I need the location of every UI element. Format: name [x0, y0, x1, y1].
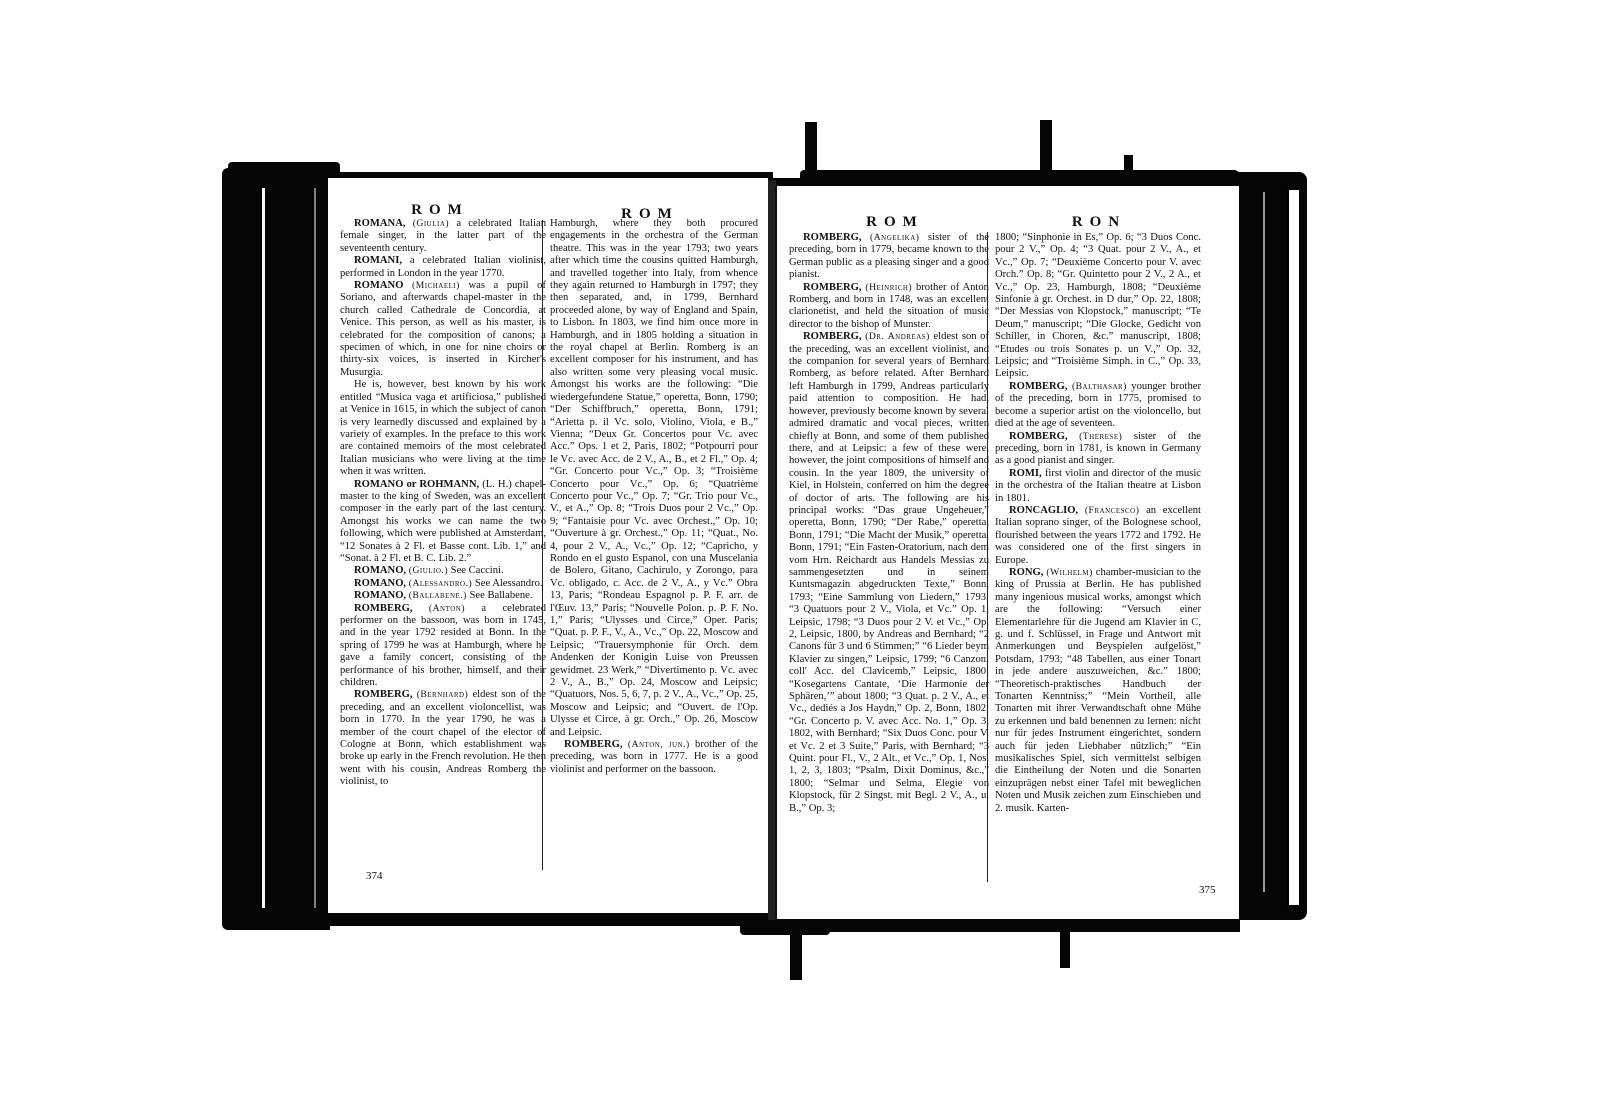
clip-mark [805, 122, 817, 182]
right-page: ROM RON ROMBERG, (Angelika) sister of th… [775, 186, 1239, 919]
entry-romberg-anton-jun: ROMBERG, (Anton, jun.) brother of the pr… [550, 739, 758, 776]
entry-romano-alessandro: ROMANO, (Alessandro.) See Alessandro. [340, 578, 546, 590]
entry-roncaglio: RONCAGLIO, (Francesco) an excellent Ital… [995, 505, 1201, 567]
entry-romano-ballabene: ROMANO, (Ballabene.) See Ballabene. [340, 590, 546, 602]
running-header: ROM [835, 214, 955, 231]
running-header: ROM [380, 202, 500, 219]
text-column-2: Hamburgh, where they both procured engag… [550, 218, 758, 776]
entry-romberg-anton: ROMBERG, (Anton) a celebrated performer … [340, 603, 546, 690]
page-number: 374 [366, 870, 383, 882]
page-edge-stripe [1263, 192, 1265, 892]
page-edge [1287, 190, 1299, 905]
column-divider [987, 232, 988, 882]
book-edge-bottom-right [800, 918, 1240, 932]
page-edge-stripe [314, 188, 316, 908]
entry-romberg-angelika: ROMBERG, (Angelika) sister of the preced… [789, 232, 989, 282]
clip-mark [790, 928, 802, 980]
entry-romberg-andreas: ROMBERG, (Dr. Andreas) eldest son of the… [789, 331, 989, 815]
clip-mark [1060, 928, 1070, 968]
left-page: ROM ROM ROMANA, (Giulia) a celebrated It… [328, 178, 768, 913]
text-column-1: ROMANA, (Giulia) a celebrated Italian fe… [340, 218, 546, 789]
entry-romberg-heinrich: ROMBERG, (Heinrich) brother of Anton Rom… [789, 282, 989, 332]
text-column-2: 1800; “Sinphonie in Es,” Op. 6; “3 Duos … [995, 232, 1201, 815]
entry-paragraph: He is, however, best known by his work e… [340, 379, 546, 478]
entry-rong: RONG, (Wilhelm) chamber-musician to the … [995, 567, 1201, 815]
entry-romberg-balthasar: ROMBERG, (Balthasar) younger brother of … [995, 381, 1201, 431]
entry-romano-giulio: ROMANO, (Giulio.) See Caccini. [340, 565, 546, 577]
entry-continuation: Hamburgh, where they both procured engag… [550, 218, 758, 739]
entry-romi: ROMI, first violin and director of the m… [995, 468, 1201, 505]
entry-romberg-therese: ROMBERG, (Therese) sister of the precedi… [995, 431, 1201, 468]
entry-continuation: 1800; “Sinphonie in Es,” Op. 6; “3 Duos … [995, 232, 1201, 381]
entry-romano-michaeli: ROMANO (Michaeli) was a pupil of Soriano… [340, 280, 546, 379]
page-edge-stripe [262, 188, 265, 908]
clip-mark [1124, 155, 1133, 183]
entry-romani: ROMANI, a celebrated Italian violinist, … [340, 255, 546, 280]
clip-mark [1040, 120, 1052, 182]
book-edge-bottom [318, 912, 768, 926]
entry-romano-rohmann: ROMANO or ROHMANN, (L. H.) chapel-master… [340, 479, 546, 566]
column-divider [542, 220, 543, 870]
running-header: RON [1039, 214, 1159, 231]
text-column-1: ROMBERG, (Angelika) sister of the preced… [789, 232, 989, 815]
entry-romberg-bernhard: ROMBERG, (Bernhard) eldest son of the pr… [340, 689, 546, 788]
page-number: 375 [1199, 884, 1216, 896]
book-cover-left [222, 168, 330, 930]
entry-romana: ROMANA, (Giulia) a celebrated Italian fe… [340, 218, 546, 255]
